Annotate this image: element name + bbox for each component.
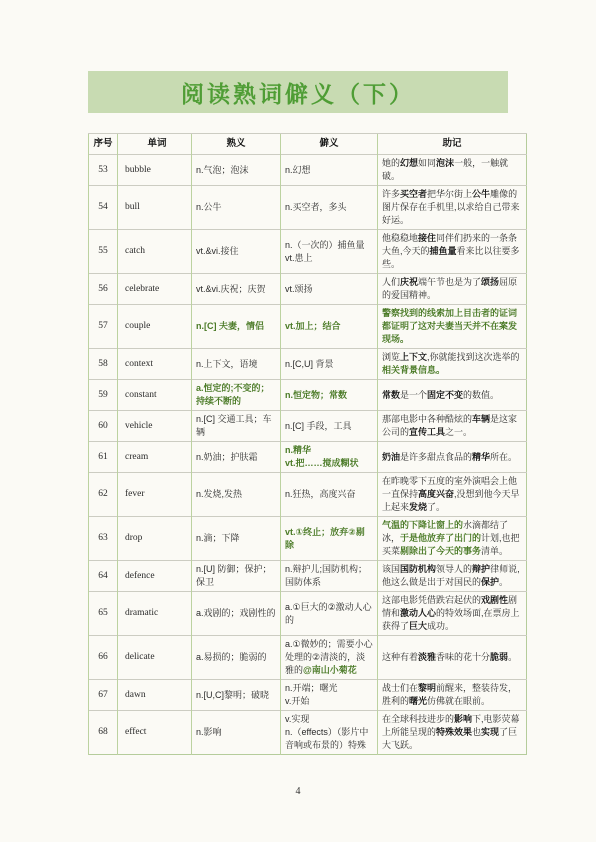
mnemonic-cell: 气温的下降让窗上的水滴都结了冰，于是他放弃了出门的计划,也把买菜剔除出了今天的事… — [378, 517, 527, 561]
text-segment: 保护 — [481, 577, 499, 587]
table-row: 64defencen.[U] 防御；保护；保卫n.辩护儿;国防机构；国防体系该国… — [89, 561, 527, 592]
text-segment: 黎明 — [418, 683, 436, 693]
text-segment: 了。 — [427, 502, 445, 512]
table-row: 53bubblen.气泡；泡沫n.幻想她的幻想如同泡沫一般，一触就破。 — [89, 155, 527, 186]
word-cell: bubble — [118, 155, 192, 186]
word-cell: context — [118, 349, 192, 380]
text-segment: 戏剧性 — [481, 595, 508, 605]
rare-meaning-cell: v.实现 n.（effects）（影片中音响或布景的）特殊 — [281, 711, 378, 755]
row-number-cell: 64 — [89, 561, 118, 592]
text-segment: 在全球科技进步的 — [382, 714, 454, 724]
familiar-meaning-cell: n.[U] 防御；保护；保卫 — [192, 561, 281, 592]
vocab-table: 序号 单词 熟义 僻义 助记 53bubblen.气泡；泡沫n.幻想她的幻想如同… — [88, 133, 527, 755]
text-segment: 脆弱 — [490, 652, 508, 662]
text-segment: 也 — [472, 727, 481, 737]
rare-meaning-cell: n.[C] 手段，工具 — [281, 411, 378, 442]
familiar-meaning-cell: vt.&vi.庆祝；庆贺 — [192, 274, 281, 305]
rare-meaning-cell: vt.加上；结合 — [281, 305, 378, 349]
text-segment: 她的 — [382, 158, 400, 168]
text-segment: 剔除出了今天的事务 — [400, 546, 481, 556]
text-segment: 的数值。 — [463, 390, 499, 400]
text-segment: 仿佛就在眼前。 — [427, 696, 490, 706]
table-row: 56celebratevt.&vi.庆祝；庆贺vt.颂扬人们庆祝端午节也是为了颂… — [89, 274, 527, 305]
text-segment: 激动人心 — [400, 608, 436, 618]
row-number-cell: 56 — [89, 274, 118, 305]
column-header-number: 序号 — [89, 134, 118, 155]
text-segment: vt.①终止；放弃②剔除 — [285, 527, 365, 550]
text-segment: ,你就能找到这次选举的 — [427, 352, 520, 362]
row-number-cell: 58 — [89, 349, 118, 380]
row-number-cell: 62 — [89, 473, 118, 517]
familiar-meaning-cell: n.发烧,发热 — [192, 473, 281, 517]
familiar-meaning-cell: n.影响 — [192, 711, 281, 755]
rare-meaning-cell: n.精华 vt.把……搅成糊状 — [281, 442, 378, 473]
table-row: 57couplen.[C] 夫妻，情侣vt.加上；结合警察找到的线索加上目击者的… — [89, 305, 527, 349]
row-number-cell: 68 — [89, 711, 118, 755]
familiar-meaning-cell: n.气泡；泡沫 — [192, 155, 281, 186]
familiar-meaning-cell: n.[C] 夫妻，情侣 — [192, 305, 281, 349]
text-segment: 所在。 — [490, 452, 517, 462]
column-header-rare-meaning: 僻义 — [281, 134, 378, 155]
text-segment: 人们 — [382, 277, 400, 287]
text-segment: vt.加上；结合 — [285, 321, 341, 331]
word-cell: fever — [118, 473, 192, 517]
table-body: 53bubblen.气泡；泡沫n.幻想她的幻想如同泡沫一般，一触就破。54bul… — [89, 155, 527, 755]
word-cell: celebrate — [118, 274, 192, 305]
mnemonic-cell: 奶油是许多甜点食品的精华所在。 — [378, 442, 527, 473]
text-segment: 奶油 — [382, 452, 400, 462]
word-cell: dramatic — [118, 592, 192, 636]
familiar-meaning-cell: a.戏剧的；戏剧性的 — [192, 592, 281, 636]
table-row: 61creamn.奶油；护肤霜n.精华 vt.把……搅成糊状奶油是许多甜点食品的… — [89, 442, 527, 473]
familiar-meaning-cell: n.滴；下降 — [192, 517, 281, 561]
text-segment: 于是他放弃了出门的 — [400, 533, 481, 543]
mnemonic-cell: 人们庆祝端午节也是为了颂扬屈原的爱国精神。 — [378, 274, 527, 305]
row-number-cell: 53 — [89, 155, 118, 186]
text-segment: 发烧 — [409, 502, 427, 512]
word-cell: drop — [118, 517, 192, 561]
text-segment: 是一个 — [400, 390, 427, 400]
table-row: 59constanta.恒定的;不变的；持续不断的n.恒定物；常数常数是一个固定… — [89, 380, 527, 411]
text-segment: 香味的花十分 — [436, 652, 490, 662]
column-header-familiar-meaning: 熟义 — [192, 134, 281, 155]
text-segment: a.恒定的;不变的；持续不断的 — [196, 383, 270, 406]
text-segment: 高度兴奋 — [418, 489, 454, 499]
text-segment: 是许多甜点食品的 — [400, 452, 472, 462]
familiar-meaning-cell: n.公牛 — [192, 186, 281, 230]
rare-meaning-cell: vt.①终止；放弃②剔除 — [281, 517, 378, 561]
column-header-mnemonic: 助记 — [378, 134, 527, 155]
text-segment: 颂扬 — [481, 277, 499, 287]
text-segment: n.精华 vt.把……搅成糊状 — [285, 445, 359, 468]
text-segment: 巨大 — [409, 621, 427, 631]
word-cell: couple — [118, 305, 192, 349]
mnemonic-cell: 在昨晚零下五度的室外演唱会上他一直保持高度兴奋,没想到他今天早上起来发烧了。 — [378, 473, 527, 517]
text-segment: 相关背景信息。 — [382, 365, 445, 375]
text-segment: 接住 — [418, 233, 436, 243]
mnemonic-cell: 这种有着淡雅香味的花十分脆弱。 — [378, 636, 527, 680]
table-row: 62fevern.发烧,发热n.狂热，高度兴奋在昨晚零下五度的室外演唱会上他一直… — [89, 473, 527, 517]
text-segment: 国防机构 — [400, 564, 436, 574]
familiar-meaning-cell: n.[C] 交通工具；车辆 — [192, 411, 281, 442]
table-row: 58contextn.上下文，语境n.[C,U] 背景浏览上下文,你就能找到这次… — [89, 349, 527, 380]
text-segment: 端午节也是为了 — [418, 277, 481, 287]
document-page: 阅读熟词僻义（下） 序号 单词 熟义 僻义 助记 53bubblen.气泡；泡沫… — [0, 0, 596, 842]
rare-meaning-cell: n.[C,U] 背景 — [281, 349, 378, 380]
row-number-cell: 60 — [89, 411, 118, 442]
text-segment: 清单。 — [481, 546, 508, 556]
text-segment: 浏览 — [382, 352, 400, 362]
rare-meaning-cell: n.幻想 — [281, 155, 378, 186]
familiar-meaning-cell: n.[U,C]黎明；破晓 — [192, 680, 281, 711]
word-cell: cream — [118, 442, 192, 473]
table-row: 68effectn.影响v.实现 n.（effects）（影片中音响或布景的）特… — [89, 711, 527, 755]
text-segment: 之一。 — [445, 427, 472, 437]
column-header-word: 单词 — [118, 134, 192, 155]
text-segment: 庆祝 — [400, 277, 418, 287]
word-cell: effect — [118, 711, 192, 755]
page-title: 阅读熟词僻义（下） — [181, 76, 415, 109]
title-banner: 阅读熟词僻义（下） — [88, 71, 508, 113]
rare-meaning-cell: n.辩护儿;国防机构；国防体系 — [281, 561, 378, 592]
text-segment: 上下文 — [400, 352, 427, 362]
mnemonic-cell: 战士们在黎明前醒来，整装待发，胜利的曙光仿佛就在眼前。 — [378, 680, 527, 711]
table-row: 54bulln.公牛n.买空者，多头许多买空者把华尔街上公牛雕像的图片保存在手机… — [89, 186, 527, 230]
rare-meaning-cell: a.①微妙的；需要小心处理的②清淡的，淡雅的@南山小菊花 — [281, 636, 378, 680]
text-segment: 领导人的 — [436, 564, 472, 574]
mnemonic-cell: 警察找到的线索加上目击者的证词都证明了这对夫妻当天并不在案发现场。 — [378, 305, 527, 349]
text-segment: 宣传工具 — [409, 427, 445, 437]
text-segment: 幻想 — [400, 158, 418, 168]
text-segment: 他稳稳地 — [382, 233, 418, 243]
word-cell: dawn — [118, 680, 192, 711]
row-number-cell: 55 — [89, 230, 118, 274]
familiar-meaning-cell: n.奶油；护肤霜 — [192, 442, 281, 473]
word-cell: delicate — [118, 636, 192, 680]
rare-meaning-cell: vt.颂扬 — [281, 274, 378, 305]
rare-meaning-cell: a.①巨大的②激动人心的 — [281, 592, 378, 636]
text-segment: 影响 — [454, 714, 472, 724]
text-segment: 警察找到的线索加上目击者的证词都证明了这对夫妻当天并不在案发现场。 — [382, 308, 517, 344]
text-segment: 捕鱼量 — [430, 246, 457, 256]
word-cell: defence — [118, 561, 192, 592]
table-row: 65dramatica.戏剧的；戏剧性的a.①巨大的②激动人心的这部电影凭借跌宕… — [89, 592, 527, 636]
text-segment: 泡沫 — [436, 158, 454, 168]
mnemonic-cell: 那部电影中各种酷炫的车辆是这家公司的宣传工具之一。 — [378, 411, 527, 442]
mnemonic-cell: 这部电影凭借跌宕起伏的戏剧性剧情和激动人心的特效场面,在票房上获得了巨大成功。 — [378, 592, 527, 636]
text-segment: 辩护 — [472, 564, 490, 574]
text-segment: 买空者 — [400, 189, 427, 199]
word-cell: constant — [118, 380, 192, 411]
text-segment: n.[C] 夫妻，情侣 — [196, 321, 264, 331]
rare-meaning-cell: n.开端；曙光 v.开始 — [281, 680, 378, 711]
familiar-meaning-cell: a.易损的；脆弱的 — [192, 636, 281, 680]
row-number-cell: 66 — [89, 636, 118, 680]
text-segment: 把华尔街上 — [427, 189, 472, 199]
rare-meaning-cell: n.（一次的）捕鱼量 vt.患上 — [281, 230, 378, 274]
rare-meaning-cell: n.恒定物；常数 — [281, 380, 378, 411]
text-segment: 许多 — [382, 189, 400, 199]
text-segment: 精华 — [472, 452, 490, 462]
word-cell: bull — [118, 186, 192, 230]
text-segment: 。 — [508, 652, 517, 662]
familiar-meaning-cell: vt.&vi.接住 — [192, 230, 281, 274]
table-row: 67dawnn.[U,C]黎明；破晓n.开端；曙光 v.开始战士们在黎明前醒来，… — [89, 680, 527, 711]
mnemonic-cell: 她的幻想如同泡沫一般，一触就破。 — [378, 155, 527, 186]
table-row: 60vehiclen.[C] 交通工具；车辆n.[C] 手段，工具那部电影中各种… — [89, 411, 527, 442]
row-number-cell: 65 — [89, 592, 118, 636]
table-row: 66delicatea.易损的；脆弱的a.①微妙的；需要小心处理的②清淡的，淡雅… — [89, 636, 527, 680]
word-cell: catch — [118, 230, 192, 274]
row-number-cell: 54 — [89, 186, 118, 230]
rare-meaning-cell: n.买空者，多头 — [281, 186, 378, 230]
text-segment: 常数 — [382, 390, 400, 400]
text-segment: 这部电影凭借跌宕起伏的 — [382, 595, 481, 605]
row-number-cell: 57 — [89, 305, 118, 349]
familiar-meaning-cell: n.上下文，语境 — [192, 349, 281, 380]
mnemonic-cell: 该国国防机构领导人的辩护律师说,他这么做是出于对国民的保护。 — [378, 561, 527, 592]
table-row: 55catchvt.&vi.接住n.（一次的）捕鱼量 vt.患上他稳稳地接住同伴… — [89, 230, 527, 274]
text-segment: 。 — [499, 577, 508, 587]
familiar-meaning-cell: a.恒定的;不变的；持续不断的 — [192, 380, 281, 411]
text-segment: 实现 — [481, 727, 499, 737]
row-number-cell: 63 — [89, 517, 118, 561]
table-row: 63dropn.滴；下降vt.①终止；放弃②剔除气温的下降让窗上的水滴都结了冰，… — [89, 517, 527, 561]
mnemonic-cell: 在全球科技进步的影响下,电影荧幕上所能呈现的特殊效果也实现了巨大飞跃。 — [378, 711, 527, 755]
text-segment: 曙光 — [409, 696, 427, 706]
text-segment: 成功。 — [427, 621, 454, 631]
row-number-cell: 59 — [89, 380, 118, 411]
text-segment: 该国 — [382, 564, 400, 574]
text-segment: n.恒定物；常数 — [285, 390, 347, 400]
table-header-row: 序号 单词 熟义 僻义 助记 — [89, 134, 527, 155]
row-number-cell: 61 — [89, 442, 118, 473]
rare-meaning-cell: n.狂热，高度兴奋 — [281, 473, 378, 517]
text-segment: 气温的下降让窗上的 — [382, 520, 463, 530]
text-segment: 特殊效果 — [436, 727, 472, 737]
text-segment: @南山小菊花 — [303, 665, 357, 675]
mnemonic-cell: 常数是一个固定不变的数值。 — [378, 380, 527, 411]
text-segment: 如同 — [418, 158, 436, 168]
mnemonic-cell: 浏览上下文,你就能找到这次选举的相关背景信息。 — [378, 349, 527, 380]
word-cell: vehicle — [118, 411, 192, 442]
text-segment: 车辆 — [472, 414, 490, 424]
page-number: 4 — [0, 786, 596, 797]
text-segment: 这种有着 — [382, 652, 418, 662]
text-segment: 淡雅 — [418, 652, 436, 662]
row-number-cell: 67 — [89, 680, 118, 711]
text-segment: 那部电影中各种酷炫的 — [382, 414, 472, 424]
text-segment: 公牛 — [472, 189, 490, 199]
mnemonic-cell: 许多买空者把华尔街上公牛雕像的图片保存在手机里,以求给自己带来好运。 — [378, 186, 527, 230]
text-segment: 固定不变 — [427, 390, 463, 400]
text-segment: 战士们在 — [382, 683, 418, 693]
mnemonic-cell: 他稳稳地接住同伴们扔来的一条条大鱼,今天的捕鱼量看来比以往要多些。 — [378, 230, 527, 274]
